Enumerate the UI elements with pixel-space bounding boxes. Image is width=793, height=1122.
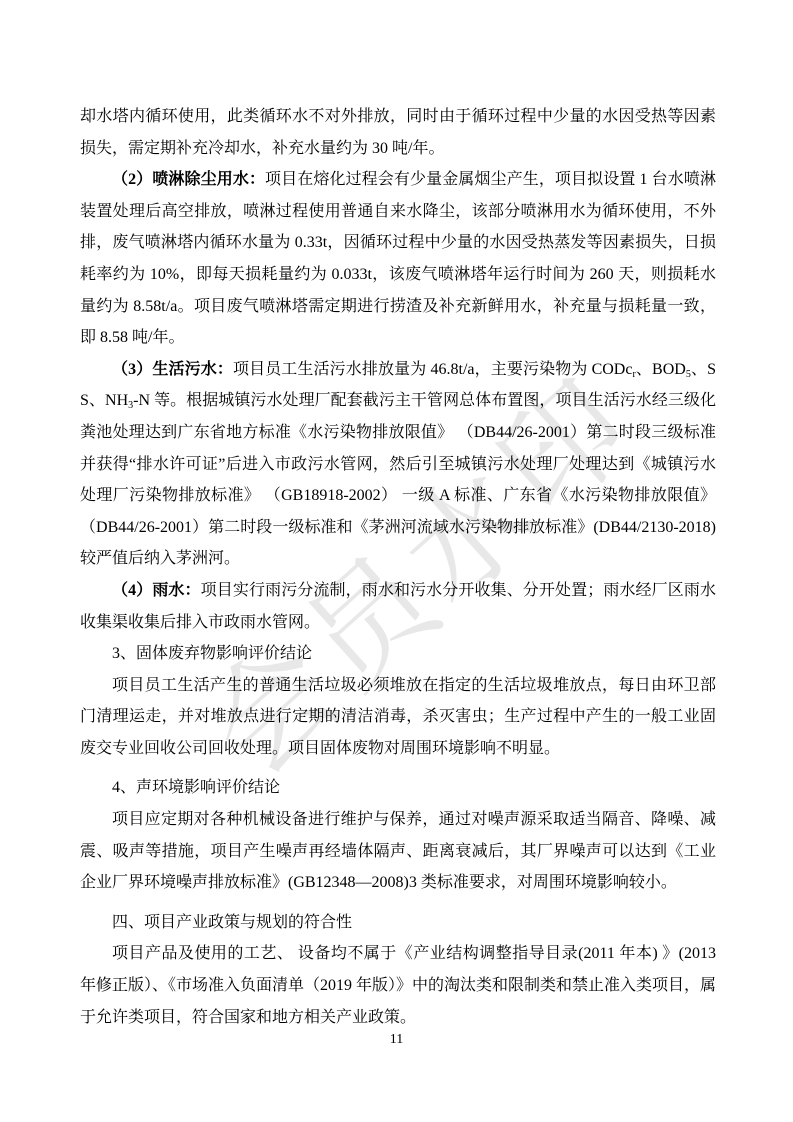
para-domestic-sewage: （3）生活污水：项目员工生活污水排放量为 46.8t/a，主要污染物为 CODc… xyxy=(80,354,716,575)
text-run: 项目在熔化过程会有少量金属烟尘产生，项目拟设置 1 台水喷淋装置处理后高空排放，… xyxy=(80,171,716,346)
page-number: 11 xyxy=(390,1032,403,1047)
page-footer: 11 xyxy=(0,1030,793,1048)
text-run: 项目应定期对各种机械设备进行维护与保养，通过对噪声源采取适当隔音、降噪、减震、吸… xyxy=(80,811,716,891)
text-run: -N 等。根据城镇污水处理厂配套截污主干管网总体布置图，项目生活污水经三级化粪池… xyxy=(80,392,716,567)
text-run: 项目员工生活产生的普通生活垃圾必须堆放在指定的生活垃圾堆放点，每日由环卫部门清理… xyxy=(80,677,716,757)
text-run: 四、项目产业政策与规划的符合性 xyxy=(112,914,352,931)
para-solid-waste: 项目员工生活产生的普通生活垃圾必须堆放在指定的生活垃圾堆放点，每日由环卫部门清理… xyxy=(80,670,716,765)
para-spray-dedust-water: （2）喷淋除尘用水：项目在熔化过程会有少量金属烟尘产生，项目拟设置 1 台水喷淋… xyxy=(80,164,716,354)
text-run: 项目员工生活污水排放量为 46.8t/a，主要污染物为 CODc xyxy=(233,361,633,378)
para-noise: 项目应定期对各种机械设备进行维护与保养，通过对噪声源采取适当隔音、降噪、减震、吸… xyxy=(80,804,716,899)
para-rainwater: （4）雨水：项目实行雨污分流制，雨水和污水分开收集、分开处置；雨水经厂区雨水收集… xyxy=(80,575,716,638)
document-page: 会员水印 却水塔内循环使用，此类循环水不对外排放，同时由于循环过程中少量的水因受… xyxy=(0,0,793,1122)
document-body: 却水塔内循环使用，此类循环水不对外排放，同时由于循环过程中少量的水因受热等因素损… xyxy=(80,101,716,1033)
heading-solid-waste: 3、固体废弃物影响评价结论 xyxy=(80,638,716,670)
heading-industrial-policy: 四、项目产业政策与规划的符合性 xyxy=(80,907,716,939)
text-run: 却水塔内循环使用，此类循环水不对外排放，同时由于循环过程中少量的水因受热等因素损… xyxy=(80,108,716,157)
paragraph-lead: （3）生活污水： xyxy=(112,361,233,378)
paragraph-lead: （2）喷淋除尘用水： xyxy=(112,171,265,188)
para-industrial-policy: 项目产品及使用的工艺、 设备均不属于《产业结构调整指导目录(2011 年本) 》… xyxy=(80,938,716,1033)
text-run: 4、声环境影响评价结论 xyxy=(112,779,280,796)
para-cooling-water-cont: 却水塔内循环使用，此类循环水不对外排放，同时由于循环过程中少量的水因受热等因素损… xyxy=(80,101,716,164)
paragraph-lead: （4）雨水： xyxy=(112,582,201,599)
text-run: 项目产品及使用的工艺、 设备均不属于《产业结构调整指导目录(2011 年本) 》… xyxy=(80,945,716,1025)
text-run: 3、固体废弃物影响评价结论 xyxy=(112,645,312,662)
text-run: 、BOD xyxy=(636,361,686,378)
heading-noise: 4、声环境影响评价结论 xyxy=(80,772,716,804)
